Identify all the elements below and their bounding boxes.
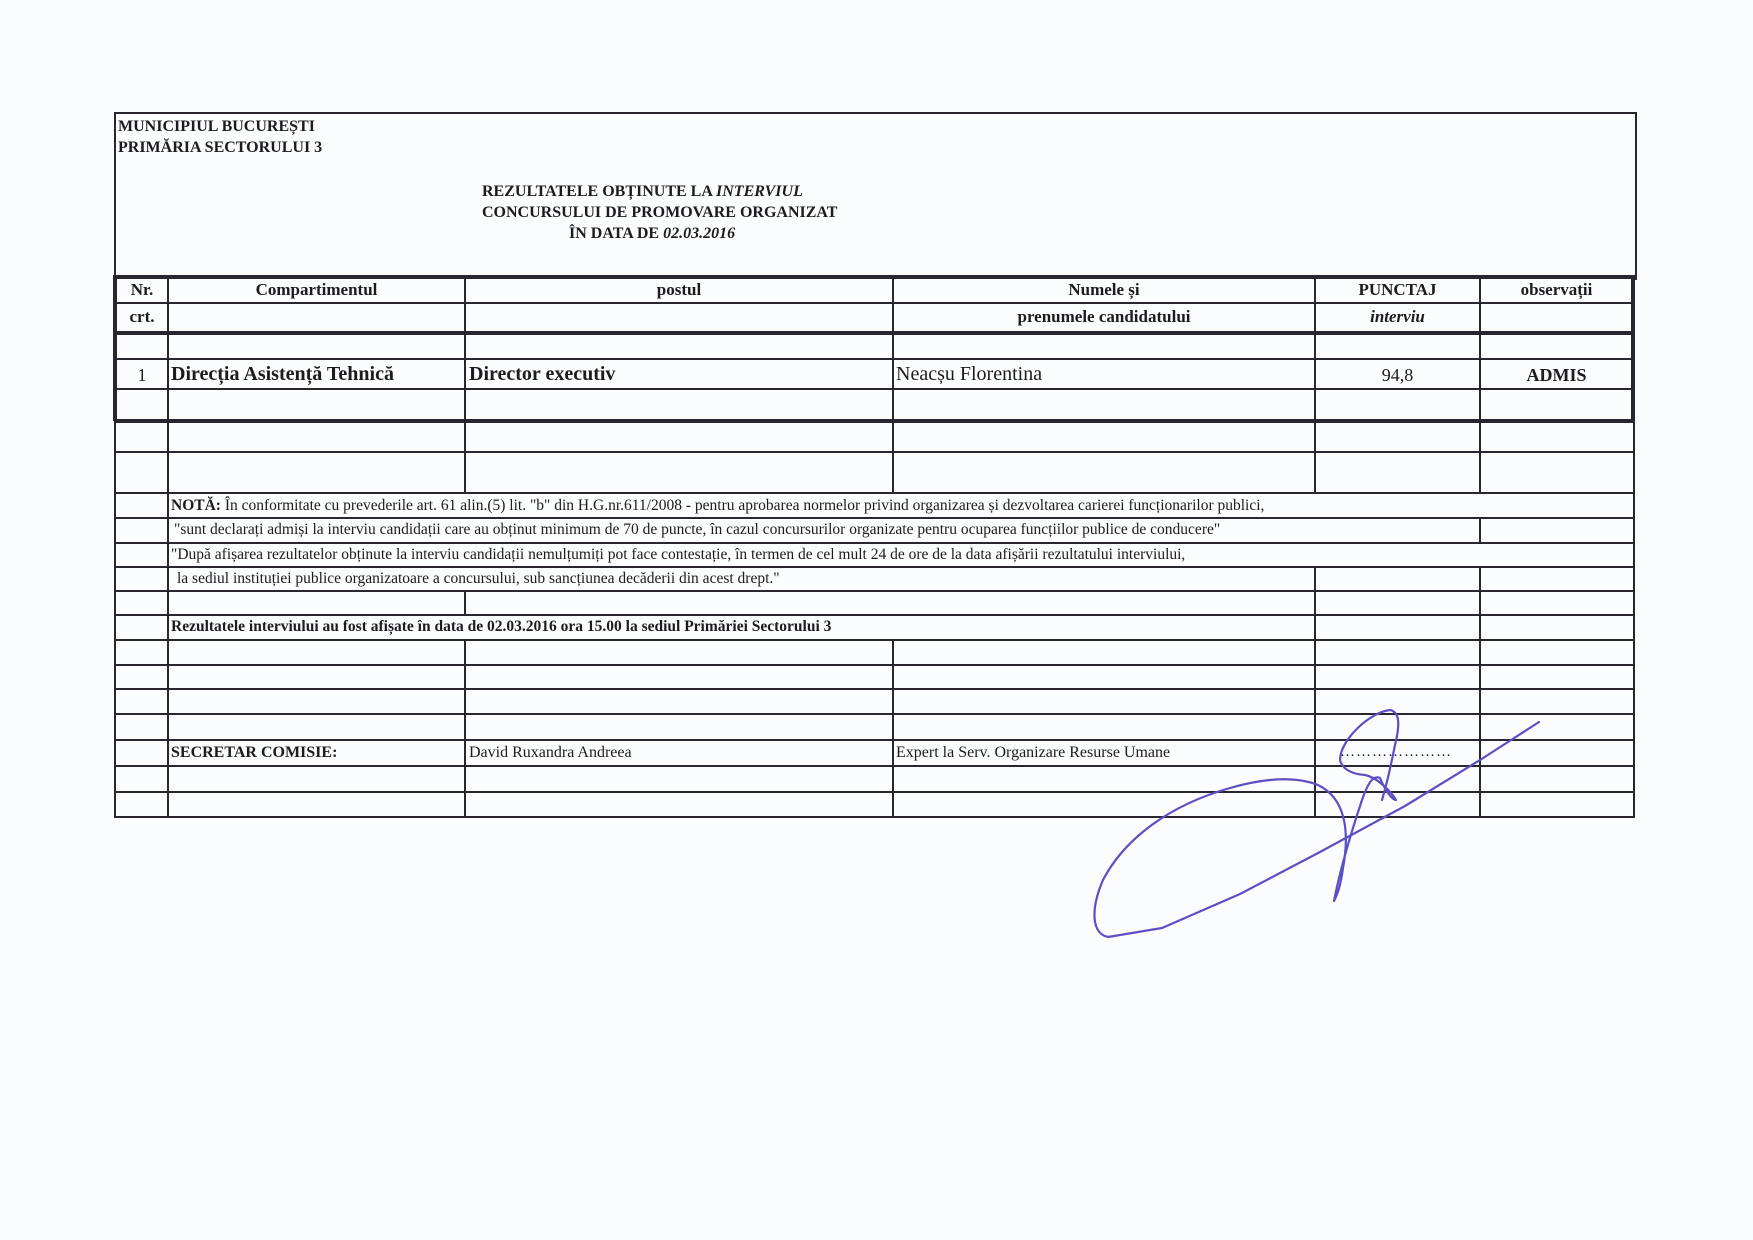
note-text-1: În conformitate cu prevederile art. 61 a… xyxy=(221,497,1264,514)
cell-nume: Neacșu Florentina xyxy=(896,364,1042,384)
col-header-punctaj: PUNCTAJ xyxy=(1316,281,1479,298)
col-header-crt: crt. xyxy=(117,308,167,325)
cell-post: Director executiv xyxy=(469,364,615,384)
col-header-interviu: interviu xyxy=(1316,308,1479,325)
note-line-2: "sunt declarați admiși la interviu candi… xyxy=(174,522,1220,538)
cell-compartiment: Direcția Asistență Tehnică xyxy=(171,364,394,384)
document-frame xyxy=(114,112,1637,280)
exam-date: 02.03.2016 xyxy=(663,225,735,242)
cell-nr: 1 xyxy=(117,366,167,384)
secretary-position: Expert la Serv. Organizare Resurse Umane xyxy=(896,745,1170,761)
secretary-name: David Ruxandra Andreea xyxy=(469,745,632,761)
cell-punctaj: 94,8 xyxy=(1316,366,1479,384)
institution-line-1: MUNICIPIUL BUCUREȘTI xyxy=(118,119,315,135)
document-title-line-2: CONCURSULUI DE PROMOVARE ORGANIZAT xyxy=(482,205,837,221)
date-prefix: ÎN DATA DE xyxy=(569,225,663,242)
note-line-1: NOTĂ: În conformitate cu prevederile art… xyxy=(171,498,1264,514)
title-prefix: REZULTATELE OBȚINUTE LA xyxy=(482,183,716,200)
secretary-label: SECRETAR COMISIE: xyxy=(171,745,337,761)
col-header-prenumele: prenumele candidatului xyxy=(894,308,1314,325)
col-header-numele: Numele și xyxy=(894,281,1314,298)
col-header-postul: postul xyxy=(466,281,892,298)
col-header-compartiment: Compartimentul xyxy=(169,281,464,298)
col-header-nr: Nr. xyxy=(117,281,167,298)
note-line-4: la sediul instituției publice organizato… xyxy=(177,571,780,587)
posting-notice: Rezultatele interviului au fost afișate … xyxy=(171,619,831,635)
cell-observatii-status: ADMIS xyxy=(1481,366,1632,384)
document-title-line-3: ÎN DATA DE 02.03.2016 xyxy=(569,226,735,242)
title-interviul: INTERVIUL xyxy=(716,183,803,200)
document-title-line-1: REZULTATELE OBȚINUTE LA INTERVIUL xyxy=(482,184,803,200)
note-line-3: "După afișarea rezultatelor obținute la … xyxy=(171,547,1185,563)
signature-placeholder: ………………… xyxy=(1340,745,1452,760)
institution-line-2: PRIMĂRIA SECTORULUI 3 xyxy=(118,140,322,156)
note-label: NOTĂ: xyxy=(171,497,221,514)
col-header-observatii: observații xyxy=(1481,281,1632,298)
